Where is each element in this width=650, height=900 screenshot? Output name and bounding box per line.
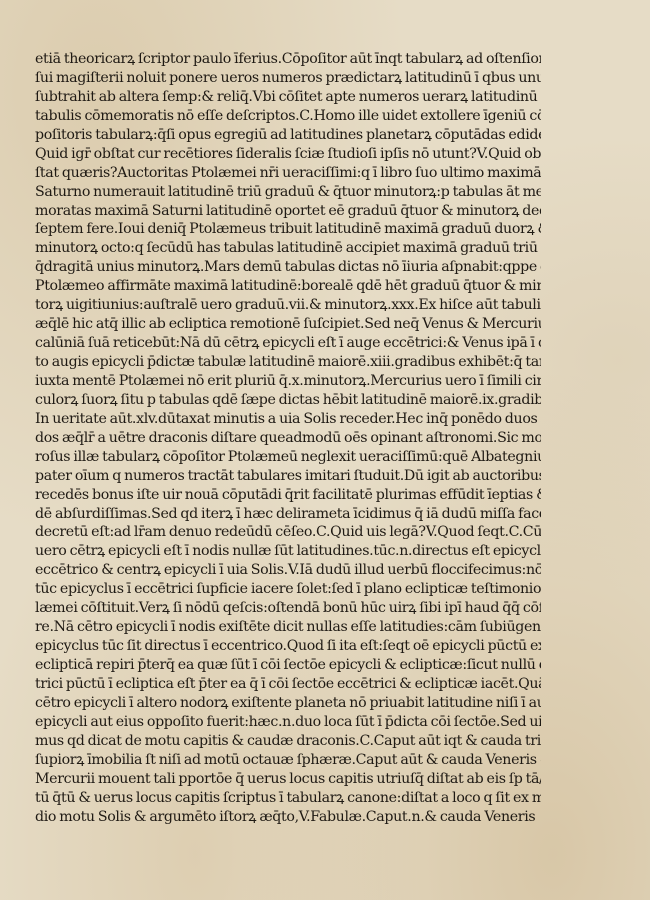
text-line: tabulis cōmemoratis nō eſſe deſcriptos.C… — [35, 107, 541, 126]
text-line: tūc epicyclus ī eccētrici ſupficie iacer… — [35, 580, 541, 599]
text-line: to augis epicycli p̄dictæ tabulæ latitud… — [35, 353, 541, 372]
text-line: cētro epicycli ī altero nodorꝝ exiſtente… — [35, 694, 541, 713]
text-line: eccētrico & centrꝝ epicycli ī uia Solis.… — [35, 561, 541, 580]
text-line: dos æq̄lr̄ a uētre draconis diſtare quea… — [35, 429, 541, 448]
text-line: trici pūctū ī ecliptica eſt p̄ter ea q̄ … — [35, 675, 541, 694]
text-line: ſubtrahit ab altera ſemp:& reliq̄.Vbi cō… — [35, 88, 541, 107]
text-line: epicycli aut eius oppoſito fuerit:hæc.n.… — [35, 713, 541, 732]
text-line: ſui magiſterii noluit ponere ueros numer… — [35, 69, 541, 88]
text-line: re.Nā cētro epicycli ī nodis exiſtēte di… — [35, 618, 541, 637]
text-line: minutorꝝ octo:q ſecūdū has tabulas latit… — [35, 239, 541, 258]
text-line: dē abſurdiſſimas.Sed qd iterꝝ ī hæc deli… — [35, 505, 541, 524]
text-line: pater oīum q numeros tractāt tabulares i… — [35, 467, 541, 486]
text-line: æq̄lē hic atq̄ illic ab ecliptica remoti… — [35, 315, 541, 334]
text-line: culorꝝ ſuorꝝ ſitu p tabulas qdē ſæpe dic… — [35, 391, 541, 410]
text-line: Saturno numerauit latitudinē triū graduū… — [35, 183, 541, 202]
text-line: ſeptem fere.Ioui deniq̄ Ptolæmeus tribui… — [35, 220, 541, 239]
text-line: Ptolæmeo affirmāte maximā latitudinē:bor… — [35, 277, 541, 296]
text-line: uero cētrꝝ epicycli eſt ī nodis nullæ ſū… — [35, 542, 541, 561]
text-column: etiā theoricarꝝ ſcriptor paulo īferius.C… — [35, 50, 541, 826]
text-line: eclipticā repiri p̄terq̄ ea quæ ſūt ī cō… — [35, 656, 541, 675]
text-line: torꝝ uigitiunius:auſtralē uero graduū.vi… — [35, 296, 541, 315]
text-line: roſus illæ tabularꝝ cōpoſitor Ptolæmeū n… — [35, 448, 541, 467]
text-line: poſitoris tabularꝝ:q̄ſi opus egregiū ad … — [35, 126, 541, 145]
text-line: Mercurii mouent tali pportōe q̄ uerus lo… — [35, 770, 541, 789]
text-line: q̄dragitā unius minutorꝝ.Mars demū tabul… — [35, 258, 541, 277]
text-line: ſtat quæris?Auctoritas Ptolæmei nr̄i uer… — [35, 164, 541, 183]
text-line: mus qd dicat de motu capitis & caudæ dra… — [35, 732, 541, 751]
text-line: iuxta mentē Ptolæmei nō erit pluriū q̄.x… — [35, 372, 541, 391]
text-line: Quid igr̄ obſtat cur recētiores ſiderali… — [35, 145, 541, 164]
text-line: tū q̄tū & uerus locus capitis ſcriptus ī… — [35, 789, 541, 808]
book-page: etiā theoricarꝝ ſcriptor paulo īferius.C… — [0, 0, 650, 900]
text-line: læmei cōſtituit.Verꝝ ſi nōdū qeſcis:oſte… — [35, 599, 541, 618]
text-line: recedēs bonus iſte uir nouā cōputādi q̄r… — [35, 486, 541, 505]
text-line: epicyclus tūc ſit directus ī eccentrico.… — [35, 637, 541, 656]
text-line: ſupiorꝝ īmobilia ſt niſi ad motū octauæ … — [35, 751, 541, 770]
text-line: calūniā ſuā reticebūt:Nā dū cētrꝝ epicyc… — [35, 334, 541, 353]
text-line: moratas maximā Saturni latitudinē oporte… — [35, 202, 541, 221]
text-line: decretū eſt:ad lr̄am denuo redeūdū cēſeo… — [35, 523, 541, 542]
text-line: In ueritate aūt.xlv.dūtaxat minutis a ui… — [35, 410, 541, 429]
text-line: dio motu Solis & argumēto iſtorꝝ æq̄to,V… — [35, 808, 541, 827]
text-line: etiā theoricarꝝ ſcriptor paulo īferius.C… — [35, 50, 541, 69]
